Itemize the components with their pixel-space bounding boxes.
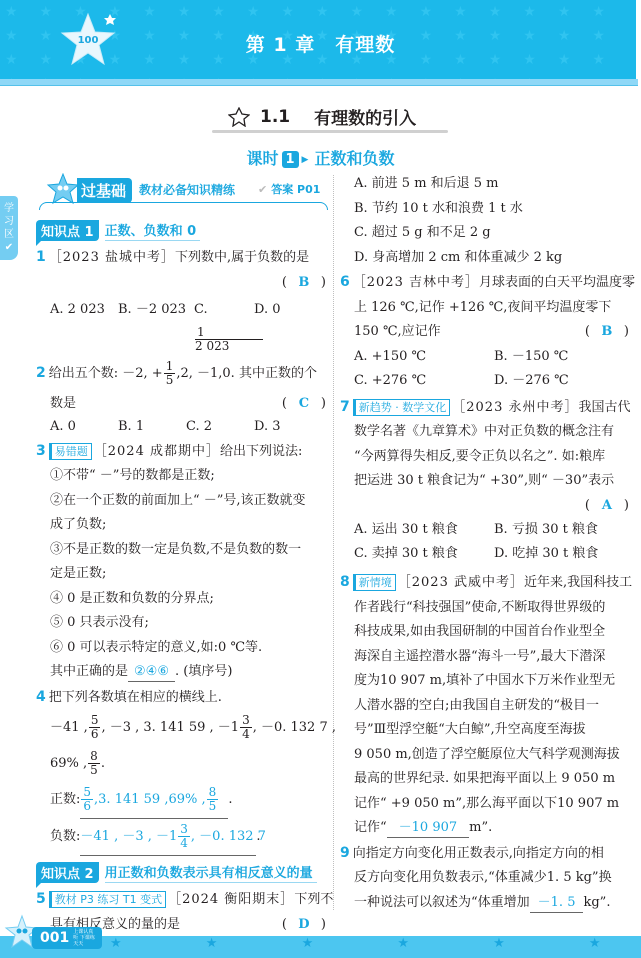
question-stem-cont: 数学名著《九章算术》中对正负数的概念注有 [340,420,635,445]
question-stem-end: 150 ℃,应记作 [354,320,441,345]
knowledge-point-2: 知识点 2 用正数和负数表示具有相反意义的量 [36,862,328,883]
question-2: 2给出五个数: －2, +15,2, －1,0. 其中正数的个 数是(C) A.… [36,355,328,437]
question-stem-cont: “今两算得失相反,要令正负以名之”. 如:粮库 [340,445,635,470]
option-b: B. －150 ℃ [494,345,634,369]
question-stem-cont: 记作“ +9 050 m”,那么海平面以下10 907 m [340,792,635,817]
question-stem: 月球表面的白天平均温度零 [479,275,635,290]
question-stem-cont: 人潜水器的空白;由我国自主研发的“极目一 [340,694,635,719]
question-source: ［2023 吉林中考］ [353,275,479,290]
question-suffix: . (填序号) [175,664,232,679]
question-9: 9向指定方向变化用正数表示,向指定方向的相 反方向变化用负数表示,“体重减少1.… [340,841,635,916]
option-a: A. 2 023 [50,295,118,355]
option-c: C. +276 ℃ [354,369,494,393]
statement-item: 定是正数; [36,562,328,587]
question-stem-cont: 科技成果,如由我国研制的中国首台作业型全 [340,620,635,645]
section-banner: 过基础 教材必备知识精练 ✔答案 P01 [36,172,328,212]
question-6: 6［2023 吉林中考］月球表面的白天平均温度零 上 126 ℃,记作 +126… [340,270,635,393]
question-stem-end: 数是 [50,392,76,417]
statement-item: ⑥ 0 可以表示特定的意义,如:0 ℃等. [36,636,328,661]
question-stem: 给出五个数: －2, + [49,366,163,381]
question-stem: 给出下列说法: [220,444,302,459]
answer-choice: A [590,494,624,519]
statement-item: ④ 0 是正数和负数的分界点; [36,587,328,612]
question-8: 8新情境［2023 武威中考］近年来,我国科技工 作者践行“科技强国”使命,不断… [340,570,635,841]
fill-blank-answer[interactable]: －10 907 [387,819,470,838]
question-stem: 下列不 [294,892,333,907]
answer-choice: D [287,913,321,938]
question-3: 3易错题［2024 成都期中］给出下列说法: ①不带“ －”号的数都是正数; ②… [36,439,328,685]
side-tab-label: 学习区 [4,202,14,241]
question-number: 6 [340,274,350,290]
lesson-prefix: 课时 [247,149,279,168]
section-underline [212,130,448,133]
statement-item: ②在一个正数的前面加上“ －”号,该正数就变 [36,489,328,514]
option-c: C.12 023 [194,295,254,355]
question-source: ［2023 武威中考］ [398,575,524,590]
banner-bracket-line [39,202,328,210]
question-suffix: kg”. [583,895,610,910]
knowledge-point-title: 用正数和负数表示具有相反意义的量 [105,862,317,883]
option-d: D. 0 [254,295,322,355]
option-c: C. 卖掉 30 t 粮食 [354,542,494,566]
option-b: B. 节约 10 t 水和浪费 1 t 水 [340,197,635,222]
question-stem: 把下列各数填在相应的横线上. [49,690,222,705]
question-prefix: 一种说法可以叙述为“体重增加 [354,895,530,910]
question-source: ［2024 衡阳期末］ [168,892,294,907]
chapter-title: 第 1 章 有理数 [0,30,636,57]
option-b: B. 1 [118,417,186,437]
question-number: 3 [36,443,46,459]
question-ask: 其中正确的是 [50,664,128,679]
number-list-cont: 69% ,85. [36,746,328,782]
question-stem: 近年来,我国科技工 [524,575,632,590]
question-number: 5 [36,891,46,907]
banner-subtitle: 教材必备知识精练 [139,181,235,198]
question-tag: 新情境 [353,574,396,591]
number-list: －41 ,56, －3 , 3. 141 59 , －134, －0. 132 … [36,710,328,746]
lesson-name: 正数和负数 [314,149,394,168]
question-stem: 下列数中,属于负数的是 [175,250,309,265]
question-stem-cont: 反方向变化用负数表示,“体重减少1. 5 kg”换 [340,866,635,891]
fill-blank-answer[interactable]: －1. 5 [530,894,584,913]
answer-choice: C [287,392,321,417]
star-outline-icon [228,107,250,127]
question-stem: 我国古代 [578,400,630,415]
question-1: 1［2023 盐城中考］下列数中,属于负数的是 (B) A. 2 023 B. … [36,245,328,355]
section-title: 1.1 有理数的引入 [228,104,416,129]
answer-choice: B [287,271,321,296]
statement-item: ①不带“ －”号的数都是正数; [36,464,328,489]
option-a: A. 运出 30 t 粮食 [354,518,494,542]
answer-page-label: 答案 P01 [271,183,320,196]
left-column: 过基础 教材必备知识精练 ✔答案 P01 知识点 1 正数、负数和 0 1［20… [36,172,328,937]
positive-answer[interactable]: 56,3. 141 59 ,69% ,85 [80,782,228,819]
knowledge-point-title: 正数、负数和 0 [105,220,201,241]
question-stem-cont: 把运进 30 t 粮食记为“ +30”,则“ －30”表示 [340,469,635,494]
fill-blank-answer[interactable]: ②④⑥ [128,663,175,682]
question-number: 2 [36,365,46,381]
option-d: D. 身高增加 2 cm 和体重减少 2 kg [340,246,635,271]
page-number: 001 [40,930,69,946]
question-stem: 向指定方向变化用正数表示,向指定方向的相 [353,846,604,861]
question-tag: 易错题 [49,443,92,460]
check-icon: ✔ [0,241,18,254]
question-stem-cont: 最高的世界纪录. 如果把海平面以上 9 050 m [340,767,635,792]
question-suffix: m”. [469,820,492,835]
knowledge-point-tag: 知识点 2 [36,862,99,883]
question-tag: 教材 P3 练习 T1 变式 [49,891,166,908]
answer-choice: B [590,320,624,345]
question-source: ［2023 永州中考］ [452,400,578,415]
negative-answer[interactable]: －41 , －3 , －134, －0. 132 7 [80,819,256,856]
chapter-header: ★★★★★★★★★★★★★★★★★★★★★★★★★★★★★★★★★★★★★★★★… [0,0,636,79]
column-divider [333,175,334,910]
question-stem-cont: 度为10 907 m,填补了中国水下万米作业型无 [340,669,635,694]
question-5-options: A. 前进 5 m 和后退 5 m B. 节约 10 t 水和浪费 1 t 水 … [340,172,635,270]
knowledge-point-1: 知识点 1 正数、负数和 0 [36,220,328,241]
option-a: A. 0 [50,417,118,437]
check-icon: ✔ [258,183,267,196]
question-number: 1 [36,249,46,265]
side-tab-study-area[interactable]: 学习区 ✔ [0,196,18,260]
question-7: 7新趋势 · 数学文化［2023 永州中考］我国古代 数学名著《九章算术》中对正… [340,395,635,567]
section-name: 有理数的引入 [314,104,416,129]
option-b: B. －2 023 [118,295,194,355]
question-number: 4 [36,689,46,705]
question-stem-cont: ,2, －1,0. 其中正数的个 [176,366,317,381]
option-a: A. +150 ℃ [354,345,494,369]
option-d: D. －276 ℃ [494,369,634,393]
question-number: 7 [340,399,350,415]
question-stem-cont: 9 050 m,创造了浮空艇原位大气科学观测海拔 [340,743,635,768]
header-strip [0,79,638,86]
negative-numbers-row: 负数:－41 , －3 , －134, －0. 132 7. [36,819,328,856]
question-prefix: 记作“ [354,820,387,835]
question-stem-cont: 号”Ⅲ型浮空艇“大白鲸”,升空高度至海拔 [340,718,635,743]
question-stem-cont: 作者践行“科技强国”使命,不断取得世界级的 [340,596,635,621]
positive-numbers-row: 正数:56,3. 141 59 ,69% ,85. [36,782,328,819]
question-source: ［2024 成都期中］ [94,444,220,459]
banner-title: 过基础 [77,178,132,203]
option-a: A. 前进 5 m 和后退 5 m [340,172,635,197]
question-number: 9 [340,845,350,861]
star-mascot-icon [46,173,80,205]
statement-item: ⑤ 0 只表示没有; [36,611,328,636]
star-pattern: ★ ★ ★ ★ ★ ★ ★ ★ ★ ★ [110,936,641,951]
answer-reference[interactable]: ✔答案 P01 [258,181,320,197]
page-number-badge: 001上课认真听 下课练天天 [32,927,102,949]
option-c: C. 超过 5 g 和不足 2 g [340,221,635,246]
arrow-right-icon: ▶ [302,155,309,165]
footer-slogan: 上课认真听 下课练天天 [73,929,95,947]
right-column: A. 前进 5 m 和后退 5 m B. 节约 10 t 水和浪费 1 t 水 … [340,172,635,915]
section-number: 1.1 [260,107,290,127]
question-4: 4把下列各数填在相应的横线上. －41 ,56, －3 , 3. 141 59 … [36,685,328,857]
question-number: 8 [340,574,350,590]
statement-item: 成了负数; [36,513,328,538]
question-stem-cont: 上 126 ℃,记作 +126 ℃,夜间平均温度零下 [340,296,635,321]
option-c: C. 2 [186,417,254,437]
question-tag: 新趋势 · 数学文化 [353,399,451,416]
option-b: B. 亏损 30 t 粮食 [494,518,634,542]
lesson-title: 课时1▶正数和负数 [0,146,641,169]
question-stem-cont: 海深自主遥控潜水器“海斗一号”,最大下潜深 [340,645,635,670]
option-d: D. 3 [254,417,322,437]
statement-item: ③不是正数的数一定是负数,不是负数的数一 [36,538,328,563]
positive-label: 正数: [50,792,80,807]
option-d: D. 吃掉 30 t 粮食 [494,542,634,566]
knowledge-point-tag: 知识点 1 [36,220,99,241]
negative-label: 负数: [50,829,80,844]
question-source: ［2023 盐城中考］ [49,250,175,265]
lesson-number-badge: 1 [282,151,299,168]
